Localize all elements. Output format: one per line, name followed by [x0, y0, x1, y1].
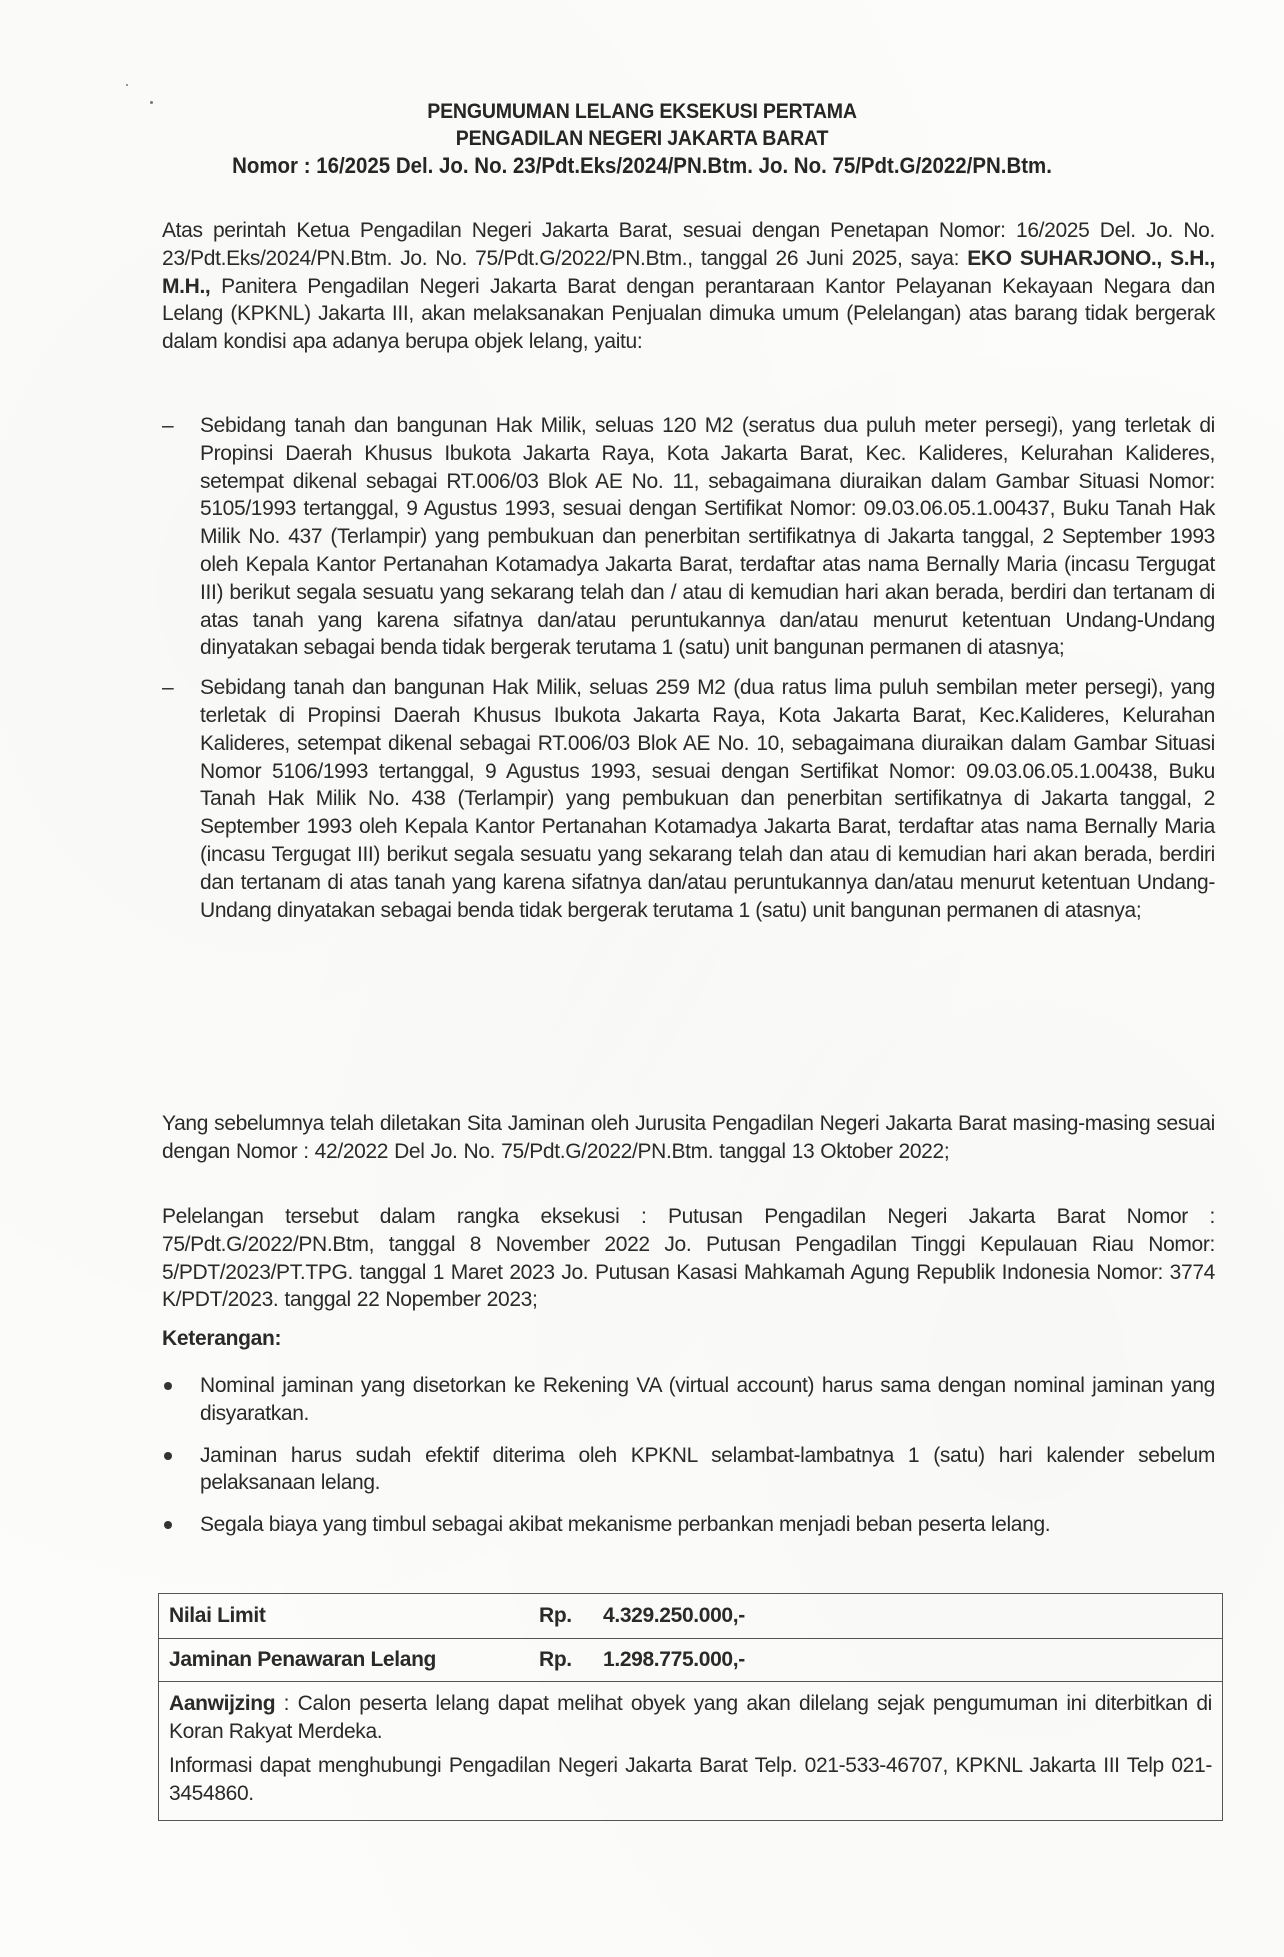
- aanwijzing-text: : Calon peserta lelang dapat melihat oby…: [169, 1692, 1212, 1743]
- note-text: Nominal jaminan yang disetorkan ke Reken…: [200, 1374, 1215, 1425]
- title-line-2: PENGADILAN NEGERI JAKARTA BARAT: [45, 125, 1239, 152]
- dash-marker: –: [162, 674, 173, 702]
- intro-paragraph: Atas perintah Ketua Pengadilan Negeri Ja…: [162, 217, 1215, 356]
- note-text: Jaminan harus sudah efektif diterima ole…: [200, 1444, 1215, 1495]
- bullet-icon: [164, 1452, 172, 1460]
- limit-value-row: Nilai Limit Rp. 4.329.250.000,-: [159, 1594, 1222, 1639]
- deposit-amount: 1.298.775.000,-: [589, 1648, 745, 1672]
- limit-value-amount: 4.329.250.000,-: [589, 1604, 745, 1628]
- aanwijzing-label: Aanwijzing: [169, 1692, 275, 1715]
- auction-object-list: – Sebidang tanah dan bangunan Hak Milik,…: [162, 412, 1215, 936]
- document-page: PENGUMUMAN LELANG EKSEKUSI PERTAMA PENGA…: [0, 0, 1284, 1957]
- aanwijzing-section: Aanwijzing : Calon peserta lelang dapat …: [159, 1682, 1222, 1820]
- notes-heading: Keterangan:: [162, 1327, 281, 1351]
- title-line-1: PENGUMUMAN LELANG EKSEKUSI PERTAMA: [45, 98, 1239, 125]
- auction-object-item: – Sebidang tanah dan bangunan Hak Milik,…: [162, 412, 1215, 662]
- bullet-icon: [164, 1382, 172, 1390]
- auction-object-text: Sebidang tanah dan bangunan Hak Milik, s…: [200, 414, 1215, 659]
- note-item: Segala biaya yang timbul sebagai akibat …: [162, 1511, 1215, 1539]
- scan-speck: [126, 84, 128, 86]
- note-item: Jaminan harus sudah efektif diterima ole…: [162, 1442, 1215, 1498]
- document-header: PENGUMUMAN LELANG EKSEKUSI PERTAMA PENGA…: [0, 98, 1284, 179]
- intro-text-part2: Panitera Pengadilan Negeri Jakarta Barat…: [162, 275, 1215, 354]
- limit-value-label: Nilai Limit: [169, 1604, 539, 1628]
- note-item: Nominal jaminan yang disetorkan ke Reken…: [162, 1372, 1215, 1428]
- auction-info-box: Nilai Limit Rp. 4.329.250.000,- Jaminan …: [158, 1593, 1223, 1821]
- auction-object-text: Sebidang tanah dan bangunan Hak Milik, s…: [200, 676, 1215, 921]
- reference-number: Nomor : 16/2025 Del. Jo. No. 23/Pdt.Eks/…: [45, 152, 1239, 179]
- deposit-row: Jaminan Penawaran Lelang Rp. 1.298.775.0…: [159, 1639, 1222, 1682]
- bullet-icon: [164, 1521, 172, 1529]
- dash-marker: –: [162, 412, 173, 440]
- execution-basis-paragraph: Pelelangan tersebut dalam rangka eksekus…: [162, 1203, 1215, 1314]
- deposit-label: Jaminan Penawaran Lelang: [169, 1648, 539, 1672]
- aanwijzing-paragraph: Aanwijzing : Calon peserta lelang dapat …: [169, 1690, 1212, 1746]
- deposit-currency: Rp.: [539, 1648, 589, 1672]
- note-text: Segala biaya yang timbul sebagai akibat …: [200, 1513, 1050, 1536]
- contact-info: Informasi dapat menghubungi Pengadilan N…: [169, 1752, 1212, 1808]
- notes-list: Nominal jaminan yang disetorkan ke Reken…: [162, 1372, 1215, 1553]
- limit-value-currency: Rp.: [539, 1604, 589, 1628]
- seizure-paragraph: Yang sebelumnya telah diletakan Sita Jam…: [162, 1110, 1215, 1166]
- auction-object-item: – Sebidang tanah dan bangunan Hak Milik,…: [162, 674, 1215, 924]
